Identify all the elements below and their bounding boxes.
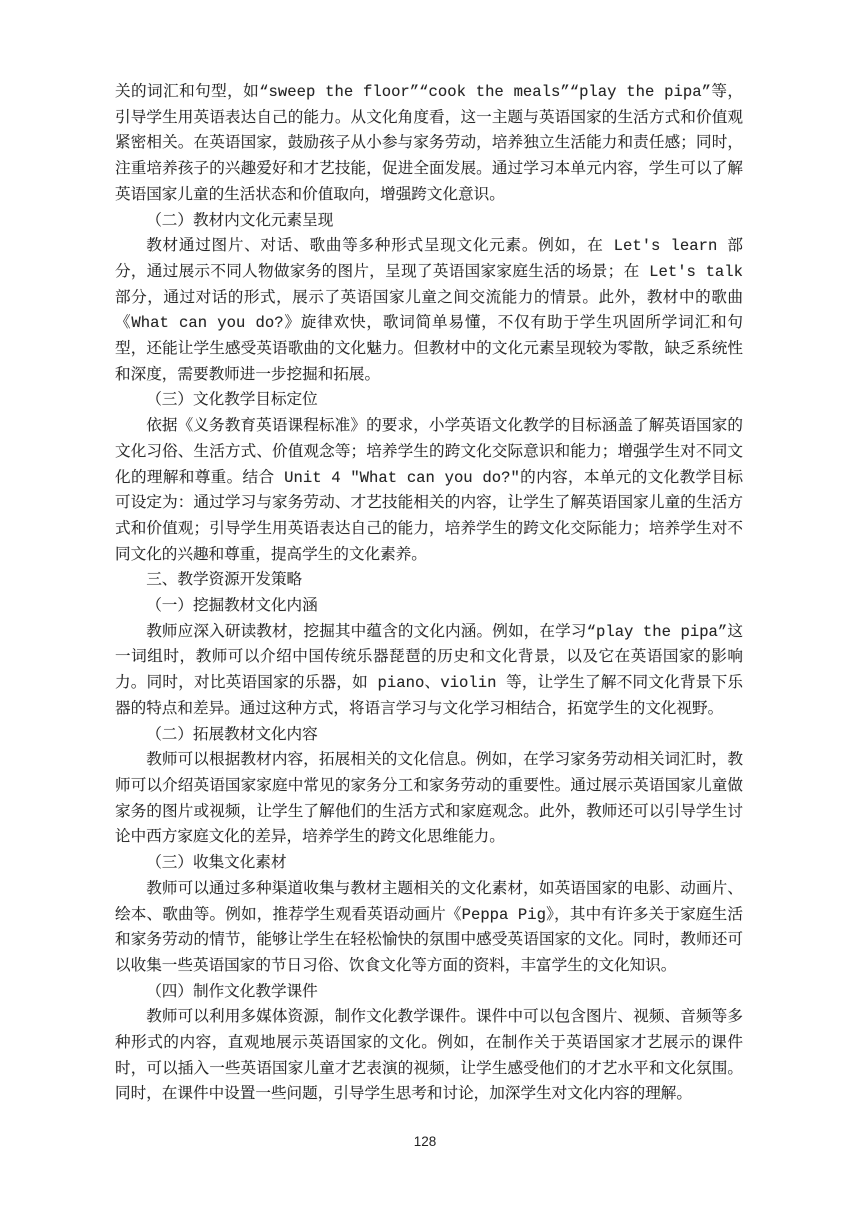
document-page: 关的词汇和句型，如“sweep the floor”“cook the meal… — [0, 0, 850, 1205]
section-heading: （三）收集文化素材 — [115, 851, 743, 877]
section-heading: （二）拓展教材文化内容 — [115, 723, 743, 749]
section-heading: （三）文化教学目标定位 — [115, 388, 743, 414]
section-heading: （二）教材内文化元素呈现 — [115, 209, 743, 235]
paragraph: 依据《义务教育英语课程标准》的要求，小学英语文化教学的目标涵盖了解英语国家的文化… — [115, 414, 743, 568]
paragraph: 教师应深入研读教材，挖掘其中蕴含的文化内涵。例如，在学习“play the pi… — [115, 620, 743, 723]
paragraph: 教材通过图片、对话、歌曲等多种形式呈现文化元素。例如，在 Let's learn… — [115, 234, 743, 388]
section-heading: （四）制作文化教学课件 — [115, 980, 743, 1006]
page-footer: 128 — [0, 1134, 850, 1149]
document-body: 关的词汇和句型，如“sweep the floor”“cook the meal… — [115, 80, 743, 1108]
page-number: 128 — [414, 1134, 437, 1149]
paragraph: 教师可以利用多媒体资源，制作文化教学课件。课件中可以包含图片、视频、音频等多种形… — [115, 1005, 743, 1108]
paragraph: 教师可以根据教材内容，拓展相关的文化信息。例如，在学习家务劳动相关词汇时，教师可… — [115, 748, 743, 851]
section-heading: （一）挖掘教材文化内涵 — [115, 594, 743, 620]
paragraph: 关的词汇和句型，如“sweep the floor”“cook the meal… — [115, 80, 743, 209]
paragraph: 教师可以通过多种渠道收集与教材主题相关的文化素材，如英语国家的电影、动画片、绘本… — [115, 877, 743, 980]
section-heading: 三、教学资源开发策略 — [115, 568, 743, 594]
